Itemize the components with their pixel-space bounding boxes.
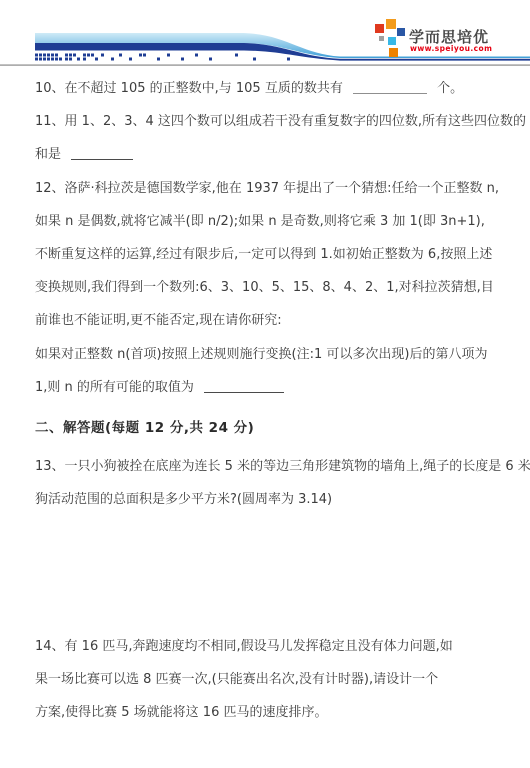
question-12-line2: 如果 n 是偶数,就将它减半(即 n/2);如果 n 是奇数,则将它乘 3 加 … xyxy=(35,205,510,238)
question-11-line2-text: 和是 xyxy=(35,147,61,162)
logo-square-red xyxy=(375,24,384,33)
question-11: 11、用 1、2、3、4 这四个数可以组成若干没有重复数字的四位数,所有这些四位… xyxy=(35,105,510,171)
question-11-line1: 11、用 1、2、3、4 这四个数可以组成若干没有重复数字的四位数,所有这些四位… xyxy=(35,105,510,138)
header-rule-gray xyxy=(0,64,530,65)
question-10: 10、在不超过 105 的正整数中,与 105 互质的数共有 个。 xyxy=(35,72,510,105)
answer-blank-q12 xyxy=(204,378,284,393)
question-13-line1: 13、一只小狗被拴在底座为连长 5 米的等边三角形建筑物的墙角上,绳子的长度是 … xyxy=(35,450,510,483)
section-2-header: 二、解答题(每题 12 分,共 24 分) xyxy=(35,412,510,445)
section-2-title: 二、解答题(每题 12 分,共 24 分) xyxy=(35,412,510,445)
question-12-line5: 前谁也不能证明,更不能否定,现在请你研究: xyxy=(35,304,510,337)
brand-url: www.speiyou.com xyxy=(410,44,492,53)
question-12: 12、洛萨·科拉茨是德国数学家,他在 1937 年提出了一个猜想:任给一个正整数… xyxy=(35,172,510,337)
question-14-line3: 方案,使得比赛 5 场就能将这 16 匹马的速度排序。 xyxy=(35,696,510,729)
question-12-p2-line1: 如果对正整数 n(首项)按照上述规则施行变换(注:1 可以多次出现)后的第八项为 xyxy=(35,338,510,371)
pixel-dot-pattern xyxy=(35,54,290,61)
question-12-line3: 不断重复这样的运算,经过有限步后,一定可以得到 1.如初始正整数为 6,按照上述 xyxy=(35,238,510,271)
answer-blank-q10 xyxy=(353,79,427,94)
question-14: 14、有 16 匹马,奔跑速度均不相同,假设马儿发挥稳定且没有体力问题,如 果一… xyxy=(35,630,510,729)
logo-square-orange-top xyxy=(386,19,396,29)
brand-logo: 学而思培优 www.speiyou.com xyxy=(373,17,513,63)
question-12-line1: 12、洛萨·科拉茨是德国数学家,他在 1937 年提出了一个猜想:任给一个正整数… xyxy=(35,172,510,205)
answer-blank-q11 xyxy=(71,145,133,160)
logo-square-gray xyxy=(379,36,384,41)
question-14-line2: 果一场比赛可以选 8 匹赛一次,(只能赛出名次,没有计时器),请设计一个 xyxy=(35,663,510,696)
logo-square-blue xyxy=(397,28,405,36)
logo-square-cyan xyxy=(388,37,396,45)
question-12-part2: 如果对正整数 n(首项)按照上述规则施行变换(注:1 可以多次出现)后的第八项为… xyxy=(35,338,510,404)
question-10-text: 10、在不超过 105 的正整数中,与 105 互质的数共有 xyxy=(35,81,343,96)
question-12-p2-line2-text: 1,则 n 的所有可能的取值为 xyxy=(35,380,194,395)
question-14-line1: 14、有 16 匹马,奔跑速度均不相同,假设马儿发挥稳定且没有体力问题,如 xyxy=(35,630,510,663)
question-12-line4: 变换规则,我们得到一个数列:6、3、10、5、15、8、4、2、1,对科拉茨猜想… xyxy=(35,271,510,304)
question-13: 13、一只小狗被拴在底座为连长 5 米的等边三角形建筑物的墙角上,绳子的长度是 … xyxy=(35,450,510,516)
question-13-line2: 狗活动范围的总面积是多少平方米?(圆周率为 3.14) xyxy=(35,483,510,516)
logo-square-orange-bottom xyxy=(389,48,398,57)
question-10-suffix: 个。 xyxy=(437,81,463,96)
